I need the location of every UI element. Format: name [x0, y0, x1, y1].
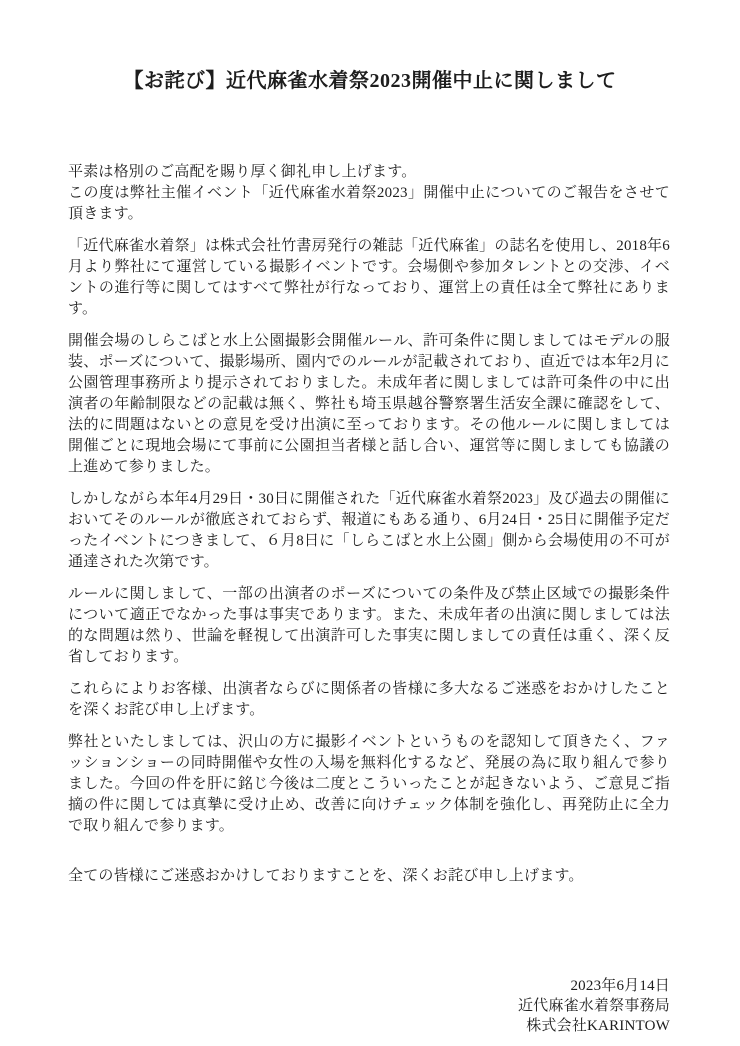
paragraph-future-measures: 弊社といたしましては、沢山の方に撮影イベントというものを認知して頂きたく、ファッ… — [68, 732, 670, 837]
paragraph-greeting: 平素は格別のご高配を賜り厚く御礼申し上げます。 この度は弊社主催イベント「近代麻… — [68, 162, 670, 225]
paragraph-cancellation-notice: しかしながら本年4月29日・30日に開催された「近代麻雀水着祭2023」及び過去… — [68, 489, 670, 573]
paragraph-apology-to-stakeholders: これらによりお客様、出演者ならびに関係者の皆様に多大なるご迷惑をおかけしたことを… — [68, 679, 670, 721]
signature-date: 2023年6月14日 — [68, 976, 670, 996]
paragraph-admission-of-fault: ルールに関しまして、一部の出演者のポーズについての条件及び禁止区域での撮影条件に… — [68, 584, 670, 668]
document-page: 【お詫び】近代麻雀水着祭2023開催中止に関しまして 平素は格別のご高配を賜り厚… — [0, 0, 740, 1046]
paragraph-venue-rules: 開催会場のしらこばと水上公園撮影会開催ルール、許可条件に関しましてはモデルの服装… — [68, 331, 670, 478]
document-body: 平素は格別のご高配を賜り厚く御礼申し上げます。 この度は弊社主催イベント「近代麻… — [68, 162, 670, 1036]
signature-office: 近代麻雀水着祭事務局 — [68, 996, 670, 1016]
signature-block: 2023年6月14日 近代麻雀水着祭事務局 株式会社KARINTOW — [68, 976, 670, 1036]
closing-line: 全ての皆様にご迷惑おかけしておりますことを、深くお詫び申し上げます。 — [68, 866, 670, 887]
paragraph-event-overview: 「近代麻雀水着祭」は株式会社竹書房発行の雑誌「近代麻雀」の誌名を使用し、2018… — [68, 236, 670, 320]
signature-company: 株式会社KARINTOW — [68, 1016, 670, 1036]
page-title: 【お詫び】近代麻雀水着祭2023開催中止に関しまして — [0, 70, 740, 93]
